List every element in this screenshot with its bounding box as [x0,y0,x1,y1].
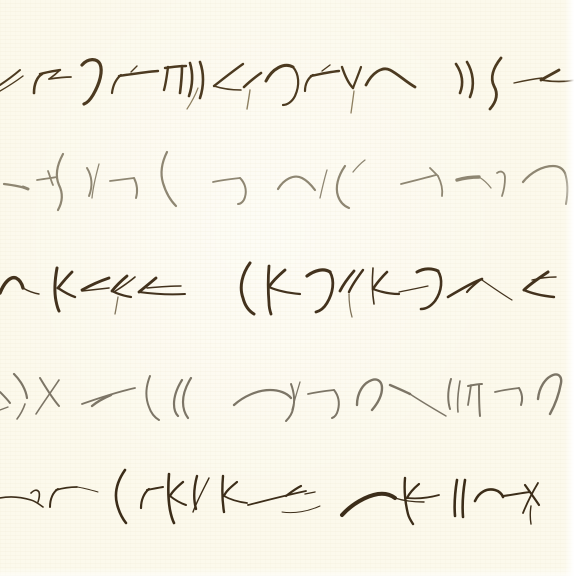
brush-stroke [373,289,399,294]
brush-stroke [234,390,291,405]
brush-stroke [503,492,530,496]
brush-stroke [448,379,451,409]
brush-stroke [482,280,512,300]
brush-stroke [82,60,101,104]
brush-stroke [316,272,333,312]
brush-stroke [463,480,465,517]
brush-stroke [37,177,57,180]
brush-stroke [286,384,294,421]
brush-stroke [514,78,542,83]
brush-stroke [238,178,246,204]
brush-stroke [349,294,352,317]
brush-stroke [407,495,439,498]
brush-stroke [141,489,149,508]
brush-stroke [366,69,415,87]
brush-stroke [58,288,75,297]
brush-stroke [268,266,271,314]
calligraphy-line-4 [0,374,561,421]
brush-stroke [524,272,548,290]
brush-stroke [189,63,192,96]
brush-stroke [248,491,306,505]
brush-stroke [14,374,27,398]
brush-stroke [110,178,134,181]
brush-stroke [174,380,182,416]
brush-stroke [266,65,293,81]
brush-stroke [565,173,567,204]
brush-stroke [244,73,261,87]
brush-stroke [337,166,349,208]
brush-stroke [116,470,126,523]
brush-stroke [523,166,565,182]
brush-stroke [112,75,121,93]
brush-stroke [162,152,176,206]
brush-stroke [479,177,491,188]
brush-stroke [146,376,159,420]
brush-stroke [351,91,354,113]
brush-stroke [214,64,243,86]
brush-stroke [541,80,576,82]
brush-stroke [23,187,28,189]
brush-stroke [342,494,395,515]
brush-stroke [0,278,23,293]
brush-stroke [538,374,561,414]
brush-stroke [200,62,203,98]
brush-stroke [224,496,247,503]
calligraphy-strokes-svg [0,0,576,576]
brush-stroke [519,388,522,405]
brush-stroke [458,381,460,412]
brush-stroke [417,269,438,272]
brush-stroke [180,66,182,93]
brush-stroke [410,394,446,416]
brush-stroke [40,378,59,406]
brush-stroke [438,176,442,196]
brush-stroke [170,496,186,505]
brush-stroke [401,175,436,184]
brush-stroke [58,272,72,288]
brush-stroke [497,172,505,196]
brush-stroke [147,286,181,288]
brush-stroke [320,170,327,198]
calligraphy-line-1 [0,58,576,113]
brush-stroke [342,67,353,88]
brush-stroke [524,290,554,297]
brush-stroke [213,178,240,182]
brush-stroke [479,385,480,416]
brush-stroke [77,487,98,492]
brush-stroke [131,66,137,72]
brush-stroke [407,484,419,498]
brush-stroke [353,160,365,172]
brush-stroke [308,390,334,394]
brush-stroke [139,292,185,294]
brush-stroke [23,288,39,294]
brush-stroke [115,297,118,314]
brush-stroke [357,379,382,410]
brush-stroke [307,270,330,276]
brush-stroke [34,74,42,93]
brush-stroke [134,178,137,198]
brush-stroke [475,489,503,501]
brush-stroke [390,385,410,394]
brush-stroke [305,75,313,91]
brush-stroke [278,177,315,190]
brush-stroke [222,476,224,512]
brush-stroke [353,67,361,88]
brush-stroke [139,278,156,292]
brush-stroke [164,67,168,90]
brush-stroke [56,487,77,490]
brush-stroke [467,62,473,97]
calligraphy-line-3 [0,263,556,317]
brush-stroke [0,392,10,403]
brush-stroke [0,407,8,410]
brush-stroke [36,380,59,414]
brush-stroke [305,492,315,494]
brush-stroke [530,506,531,524]
paper-canvas [0,0,576,576]
brush-stroke [455,480,457,516]
brush-stroke [57,154,63,210]
brush-stroke [247,90,250,109]
brush-stroke [92,164,99,198]
brush-stroke [311,71,339,76]
brush-stroke [373,272,387,289]
brush-stroke [224,482,237,496]
brush-stroke [332,390,339,418]
brush-stroke [457,177,479,180]
brush-stroke [119,71,158,76]
brush-stroke [490,58,501,109]
brush-stroke [541,70,559,80]
brush-stroke [50,489,58,507]
brush-stroke [495,388,519,392]
brush-stroke [0,70,20,85]
brush-stroke [269,287,300,294]
calligraphy-line-2 [4,152,567,210]
brush-stroke [456,64,462,93]
brush-stroke [421,271,441,309]
brush-stroke [283,67,298,105]
brush-stroke [214,86,241,90]
brush-stroke [17,404,25,419]
brush-stroke [183,378,191,418]
brush-stroke [187,88,198,109]
brush-stroke [468,385,471,405]
brush-stroke [0,497,43,507]
brush-stroke [282,506,320,513]
brush-stroke [399,286,428,292]
brush-stroke [322,65,330,71]
calligraphy-line-5 [0,470,539,524]
brush-stroke [87,168,91,196]
brush-stroke [241,263,254,314]
brush-stroke [170,482,183,496]
brush-stroke [269,270,285,287]
